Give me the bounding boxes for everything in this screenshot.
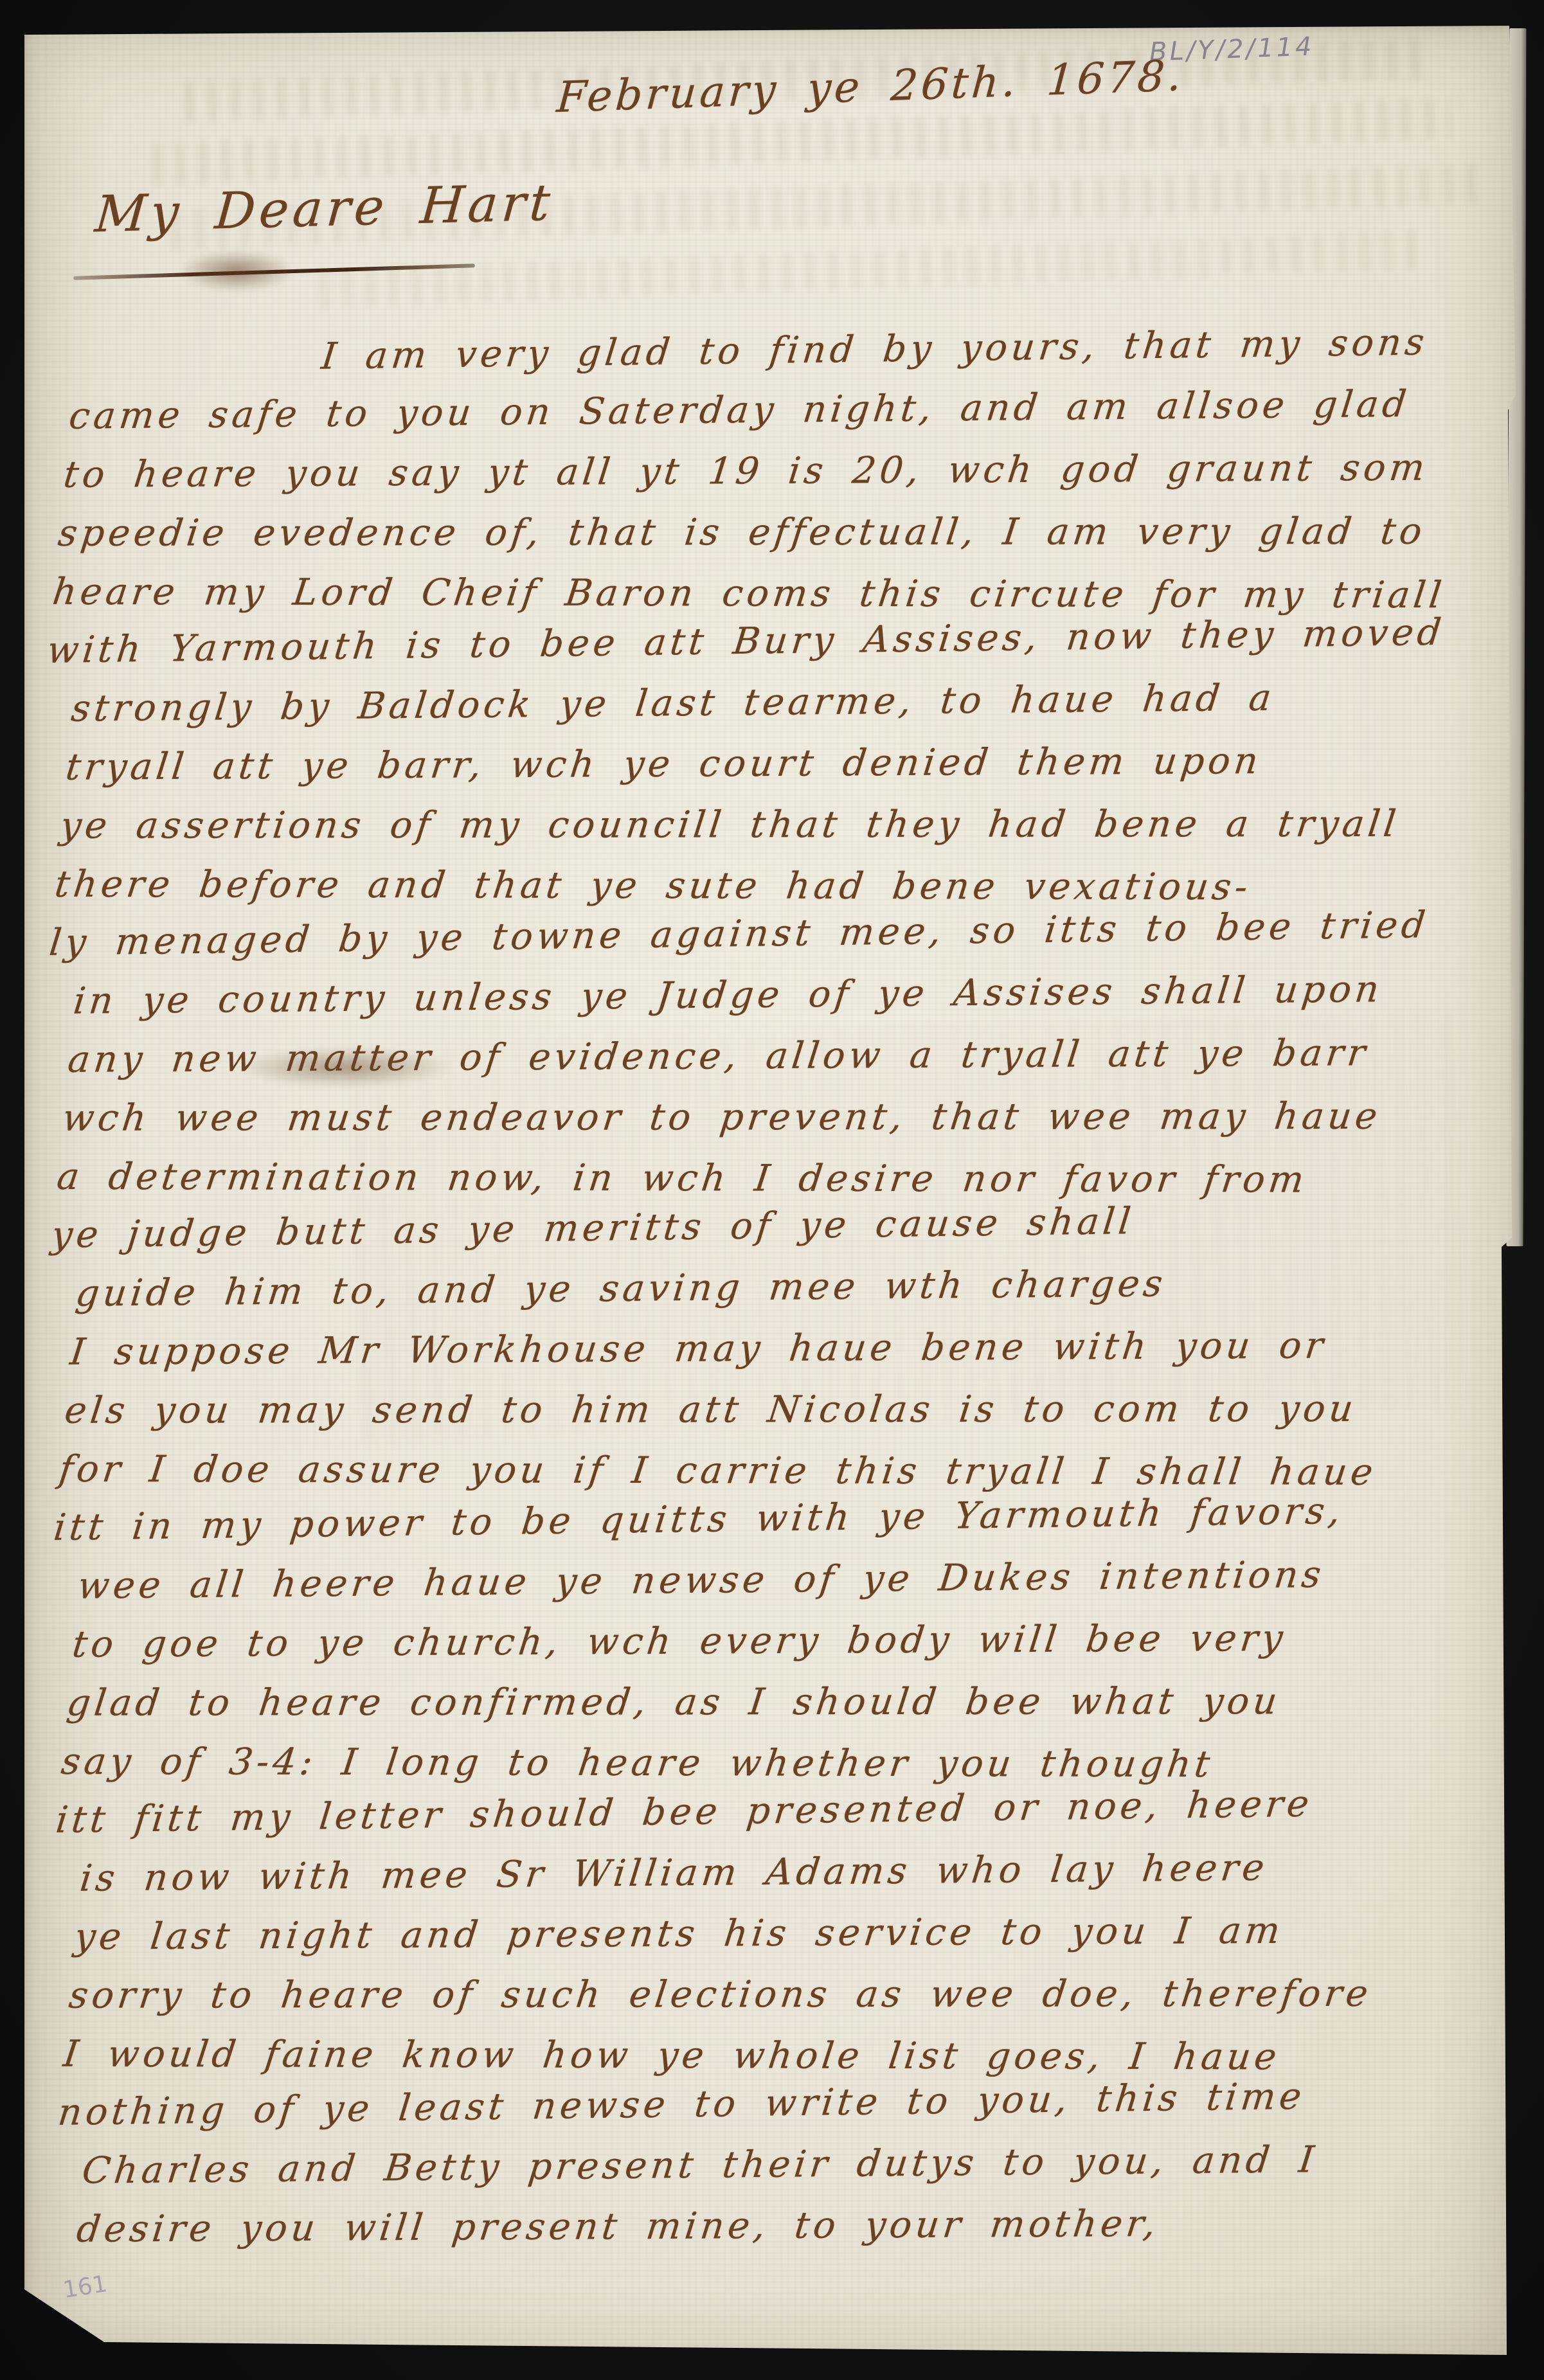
letter-line-29: sorry to heare of such elections as wee … [66,1965,1507,2025]
letter-line-9: ye assertions of my councill that they h… [57,795,1502,855]
letter-line-24: glad to heare confirmed, as I should bee… [64,1672,1506,1733]
letter-line-7: strongly by Baldock ye last tearme, to h… [68,667,1500,738]
letter-line-23: to goe to ye church, wch every body will… [69,1608,1506,1674]
letter-line-22: wee all heere haue ye newse of ye Dukes … [75,1544,1505,1616]
letter-line-14: wch wee must endeavor to prevent, that w… [59,1087,1503,1148]
ink-smudge [179,251,294,292]
letter-line-27: is now with mee Sr William Adams who lay… [77,1837,1507,1908]
letter-line-12: in ye country unless ye Judge of ye Assi… [70,960,1502,1031]
letter-line-13: any new matter of evidence, allow a trya… [65,1023,1503,1089]
folio-number: 161 [61,2271,109,2304]
letter-page: BL/Y/2/114 February ye 26th. 1678. My De… [23,24,1521,2364]
letter-line-32: Charles and Betty present their dutys to… [79,2129,1508,2201]
salutation: My Deare Hart [93,174,556,244]
letter-line-4: speedie evedence of, that is effectuall,… [55,503,1500,563]
letter-line-33: desire you will present mine, to your mo… [73,2193,1509,2259]
letter-line-19: els you may send to him att Nicolas is t… [61,1380,1504,1440]
letter-line-8: tryall att ye barr, wch ye court denied … [62,731,1501,797]
photograph-background: BL/Y/2/114 February ye 26th. 1678. My De… [0,0,1544,2380]
dateline: February ye 26th. 1678. [555,51,1187,122]
ink-bleedthrough [319,231,1425,307]
letter-line-28: ye last night and presents his service t… [71,1901,1507,1967]
letter-line-3: to heare you say yt all yt 19 is 20, wch… [60,438,1500,505]
letter-line-1: I am very glad to find by yours, that my… [318,312,1498,386]
letter-line-2: came safe to you on Saterday night, and … [66,375,1499,446]
letter-line-18: I suppose Mr Workhouse may haue bene wit… [67,1316,1504,1382]
letter-body: I am very glad to find by yours, that my… [45,321,1505,2259]
letter-line-17: guide him to, and ye saving mee wth char… [73,1252,1504,1323]
